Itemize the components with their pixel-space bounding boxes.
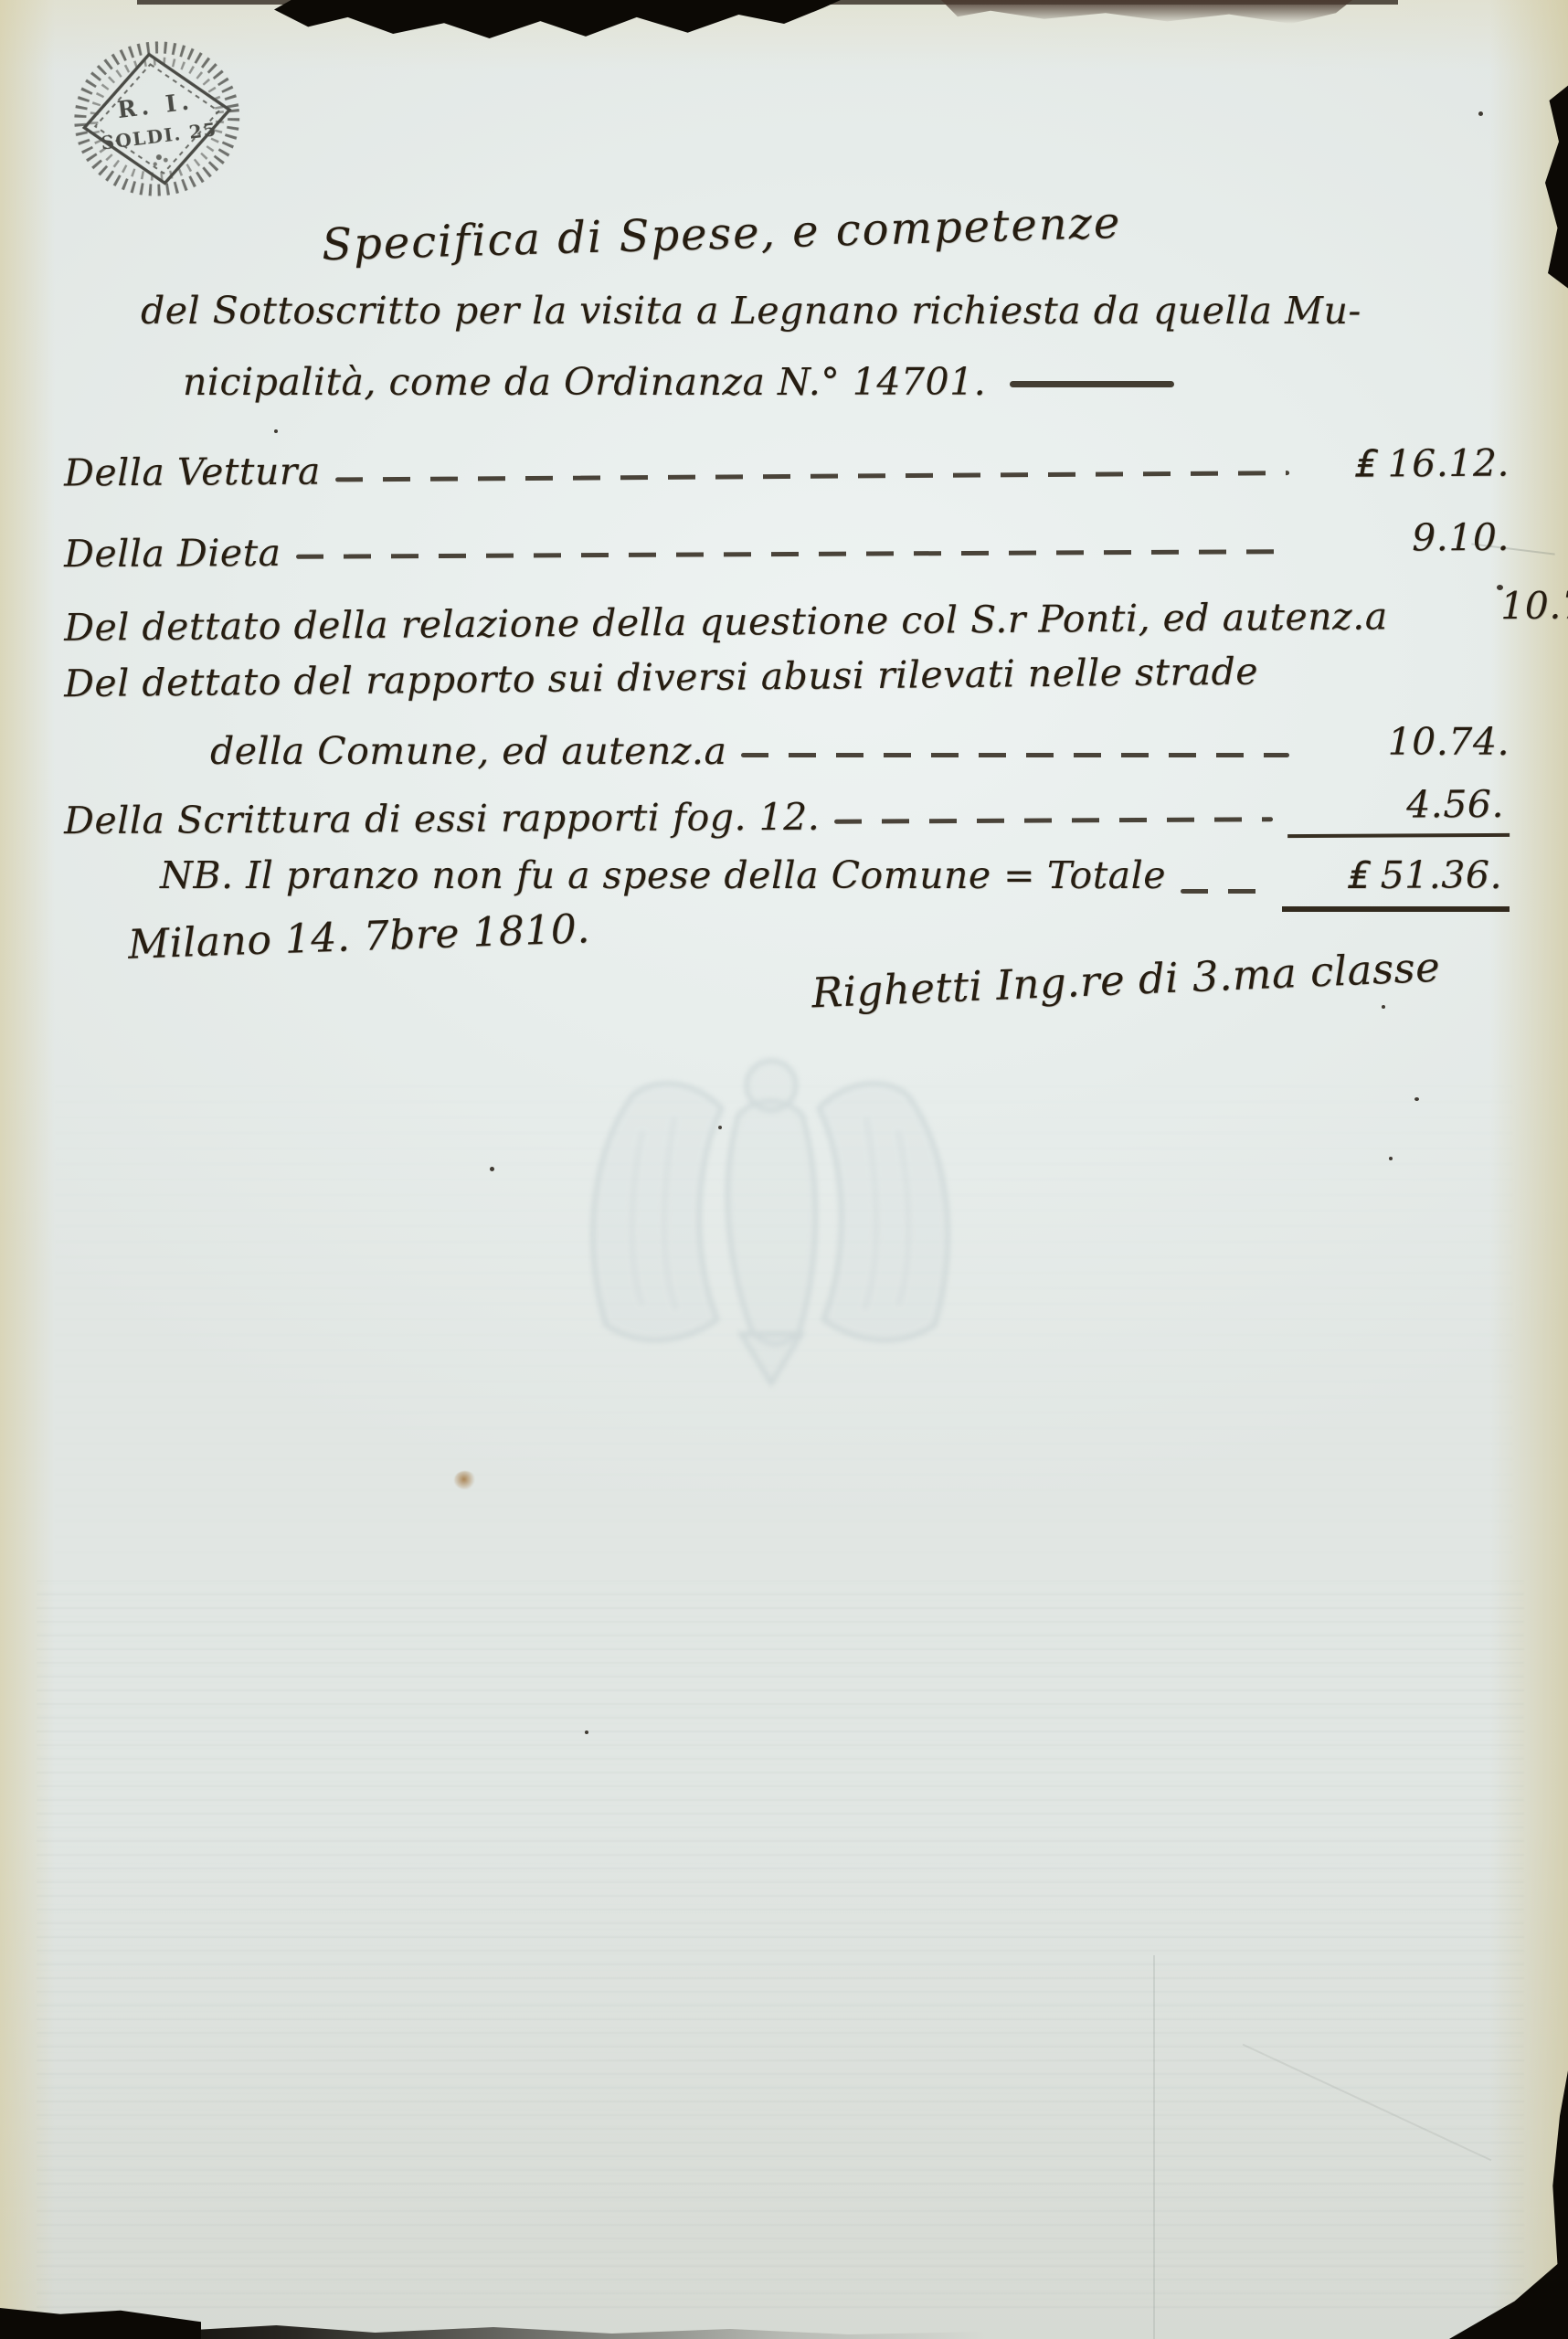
dash-fill bbox=[1181, 889, 1267, 894]
expense-value: 10.74. bbox=[1416, 583, 1568, 629]
dash-fill bbox=[335, 471, 1289, 482]
expense-value: ₤16.12. bbox=[1304, 440, 1510, 486]
stamp-text-soldi: SOLDI. 25 bbox=[100, 118, 218, 153]
ink-speck bbox=[1382, 1005, 1385, 1009]
ink-speck bbox=[490, 1167, 494, 1171]
amount: 51.36. bbox=[1381, 853, 1502, 897]
eagle-left-wing bbox=[593, 1084, 722, 1340]
currency-symbol: ₤ bbox=[1354, 441, 1379, 485]
dash-fill bbox=[741, 753, 1289, 757]
intro-text: del Sottoscritto per la visita a Legnano… bbox=[141, 289, 1361, 333]
dash-fill bbox=[296, 549, 1289, 559]
note-and-total-row: NB. Il pranzo non fu a spese della Comun… bbox=[64, 853, 1510, 912]
eagle-watermark-icon bbox=[556, 1031, 985, 1387]
amount: 16.12. bbox=[1387, 440, 1510, 485]
currency-symbol: ₤ bbox=[1347, 853, 1372, 897]
stamp-text-ri: R. I. bbox=[116, 88, 196, 123]
amount: 10.74. bbox=[1388, 720, 1510, 764]
expense-row-continued: della Comune, ed autenz.a 10.74. bbox=[64, 720, 1510, 773]
intro-line: nicipalità, come da Ordinanza N.° 14701. bbox=[64, 360, 1510, 404]
expense-value: 10.74. bbox=[1304, 720, 1510, 764]
revenue-stamp: R. I. SOLDI. 25 bbox=[57, 27, 258, 213]
ink-speck bbox=[1478, 111, 1483, 116]
expense-label: della Comune, ed autenz.a bbox=[210, 729, 726, 773]
expense-row: Della Dieta 9.10. bbox=[64, 515, 1510, 576]
verso-showthrough bbox=[37, 1581, 1524, 2308]
intro-line: del Sottoscritto per la visita a Legnano… bbox=[64, 289, 1510, 333]
ink-speck bbox=[274, 429, 278, 433]
expense-value: 9.10. bbox=[1304, 515, 1510, 560]
expense-label: Della Scrittura di essi rapporti fog. 12… bbox=[64, 795, 820, 842]
expense-value: 4.56. bbox=[1287, 782, 1510, 838]
intro-text: nicipalità, come da Ordinanza N.° 14701. bbox=[183, 360, 986, 404]
paper-crease bbox=[1153, 1955, 1155, 2339]
total-value: ₤51.36. bbox=[1282, 853, 1510, 912]
note-text: NB. Il pranzo non fu a spese della Comun… bbox=[160, 853, 1035, 897]
ink-speck bbox=[585, 1730, 588, 1734]
foxing-spot bbox=[454, 1471, 476, 1489]
eagle-head bbox=[747, 1061, 796, 1110]
amount: 10.74. bbox=[1500, 583, 1568, 628]
expense-row: Della Scrittura di essi rapporti fog. 12… bbox=[64, 782, 1510, 844]
eagle-right-wing bbox=[819, 1084, 948, 1340]
total-label: Totale bbox=[1047, 853, 1166, 897]
expense-label: Della Dieta bbox=[64, 531, 281, 576]
expense-label: Della Vettura bbox=[64, 450, 321, 495]
manuscript-scan: R. I. SOLDI. 25 Specifica di Spese, e co… bbox=[0, 0, 1568, 2339]
amount: 4.56. bbox=[1406, 782, 1504, 827]
stamp-ornament bbox=[156, 154, 163, 161]
flourish-dash bbox=[1010, 381, 1174, 387]
amount: 9.10. bbox=[1412, 515, 1510, 560]
eagle-tail bbox=[741, 1334, 801, 1383]
ink-speck bbox=[1389, 1157, 1393, 1160]
stamp-ornament bbox=[153, 162, 157, 166]
ink-speck bbox=[1414, 1097, 1419, 1101]
eagle-body bbox=[727, 1101, 815, 1344]
stamp-ornament bbox=[164, 158, 168, 163]
dash-fill bbox=[834, 817, 1273, 824]
